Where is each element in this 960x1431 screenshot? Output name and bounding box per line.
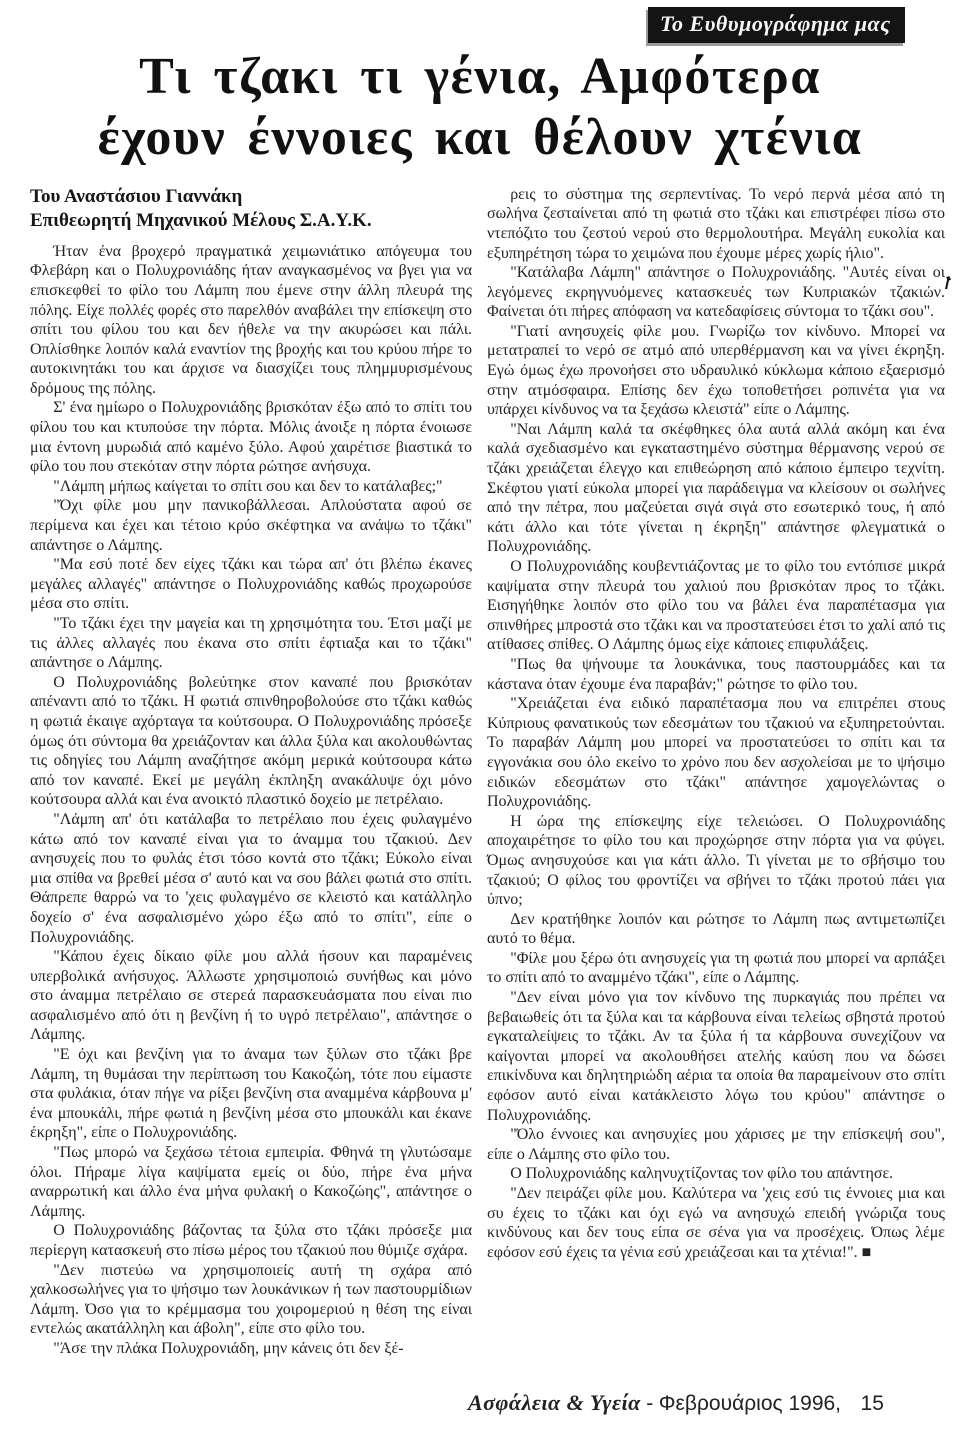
- article-page: Το Ευθυμογράφημα μας Τι τζακι τι γένια, …: [0, 0, 960, 1431]
- byline: Του Αναστάσιου Γιαννάκη Επιθεωρητή Μηχαν…: [30, 185, 472, 233]
- section-badge: Το Ευθυμογράφημα μας: [648, 7, 905, 43]
- right-column-paragraphs: ρεις το σύστημα της σερπεντίνας. Το νερό…: [487, 185, 945, 1263]
- left-column-paragraphs: Ήταν ένα βροχερό πραγματικά χειμωνιάτικο…: [30, 242, 472, 1359]
- article-paragraph: "Πως θα ψήνουμε τα λουκάνικα, τους παστο…: [487, 655, 945, 694]
- byline-role: Επιθεωρητή Μηχανικού Μέλους Σ.Α.Υ.Κ.: [30, 209, 472, 233]
- article-paragraph: "Λάμπη απ' ότι κατάλαβα το πετρέλαιο που…: [30, 810, 472, 947]
- headline-line2: έχουν έννοιες και θέλουν χτένια: [98, 109, 863, 166]
- article-paragraph: Ο Πολυχρονιάδης κουβεντιάζοντας με το φί…: [487, 557, 945, 655]
- article-paragraph: "Δεν πειράζει φίλε μου. Καλύτερα να 'χει…: [487, 1184, 945, 1262]
- left-column: Του Αναστάσιου Γιαννάκη Επιθεωρητή Μηχαν…: [30, 185, 472, 1359]
- article-paragraph: "Χρειάζεται ένα ειδικό παραπέτασμα που ν…: [487, 694, 945, 812]
- journal-name: Ασφάλεια & Υγεία: [468, 1390, 641, 1415]
- article-paragraph: ρεις το σύστημα της σερπεντίνας. Το νερό…: [487, 185, 945, 263]
- scan-speck: [944, 276, 951, 289]
- headline: Τι τζακι τι γένια, Αμφότερα έχουν έννοιε…: [20, 46, 940, 169]
- issue-date: Φεβρουάριος 1996,: [659, 1392, 841, 1415]
- right-column: ρεις το σύστημα της σερπεντίνας. Το νερό…: [487, 185, 945, 1263]
- article-body: Του Αναστάσιου Γιαννάκη Επιθεωρητή Μηχαν…: [30, 185, 945, 1359]
- article-paragraph: Ο Πολυχρονιάδης καληνυχτίζοντας τον φίλο…: [487, 1164, 945, 1184]
- article-paragraph: "Δεν είναι μόνο για τον κίνδυνο της πυρκ…: [487, 988, 945, 1125]
- article-paragraph: "Γιατί ανησυχείς φίλε μου. Γνωρίζω τον κ…: [487, 322, 945, 420]
- article-paragraph: Σ' ένα ημίωρο ο Πολυχρονιάδης βρισκόταν …: [30, 398, 472, 476]
- article-paragraph: "Άσε την πλάκα Πολυχρονιάδη, μην κάνεις …: [30, 1339, 472, 1359]
- article-paragraph: "Λάμπη μήπως καίγεται το σπίτι σου και δ…: [30, 477, 472, 497]
- article-paragraph: Ο Πολυχρονιάδης βάζοντας τα ξύλα στο τζά…: [30, 1221, 472, 1260]
- article-paragraph: "Πως μπορώ να ξεχάσω τέτοια εμπειρία. Φθ…: [30, 1143, 472, 1221]
- article-paragraph: "Μα εσύ ποτέ δεν είχες τζάκι και τώρα απ…: [30, 555, 472, 614]
- article-paragraph: Ο Πολυχρονιάδης βολεύτηκε στον καναπέ πο…: [30, 673, 472, 810]
- headline-line1: Τι τζακι τι γένια, Αμφότερα: [139, 48, 821, 105]
- page-number: 15: [861, 1392, 884, 1415]
- article-paragraph: Δεν κρατήθηκε λοιπόν και ρώτησε το Λάμπη…: [487, 910, 945, 949]
- article-paragraph: "Ναι Λάμπη καλά τα σκέφθηκες όλα αυτά αλ…: [487, 420, 945, 557]
- footer-separator: -: [646, 1392, 653, 1415]
- article-paragraph: Η ώρα της επίσκεψης είχε τελειώσει. Ο Πο…: [487, 812, 945, 910]
- article-paragraph: Ήταν ένα βροχερό πραγματικά χειμωνιάτικο…: [30, 242, 472, 399]
- article-paragraph: "Κάπου έχεις δίκαιο φίλε μου αλλά ήσουν …: [30, 947, 472, 1045]
- article-paragraph: "Το τζάκι έχει την μαγεία και τη χρησιμό…: [30, 614, 472, 673]
- footer-credit: Ασφάλεια & Υγεία - Φεβρουάριος 1996, 15: [468, 1390, 884, 1416]
- article-paragraph: "Φίλε μου ξέρω ότι ανησυχείς για τη φωτι…: [487, 949, 945, 988]
- article-paragraph: "Δεν πιστεύω να χρησιμοποιείς αυτή τη σχ…: [30, 1261, 472, 1339]
- article-paragraph: "Ε όχι και βενζίνη για το άναμα των ξύλω…: [30, 1045, 472, 1143]
- byline-author: Του Αναστάσιου Γιαννάκη: [30, 185, 472, 209]
- article-paragraph: "Κατάλαβα Λάμπη" απάντησε ο Πολυχρονιάδη…: [487, 263, 945, 322]
- article-paragraph: "Όχι φίλε μου μην πανικοβάλλεσαι. Απλούσ…: [30, 496, 472, 555]
- article-paragraph: "Όλο έννοιες και ανησυχίες μου χάρισες μ…: [487, 1125, 945, 1164]
